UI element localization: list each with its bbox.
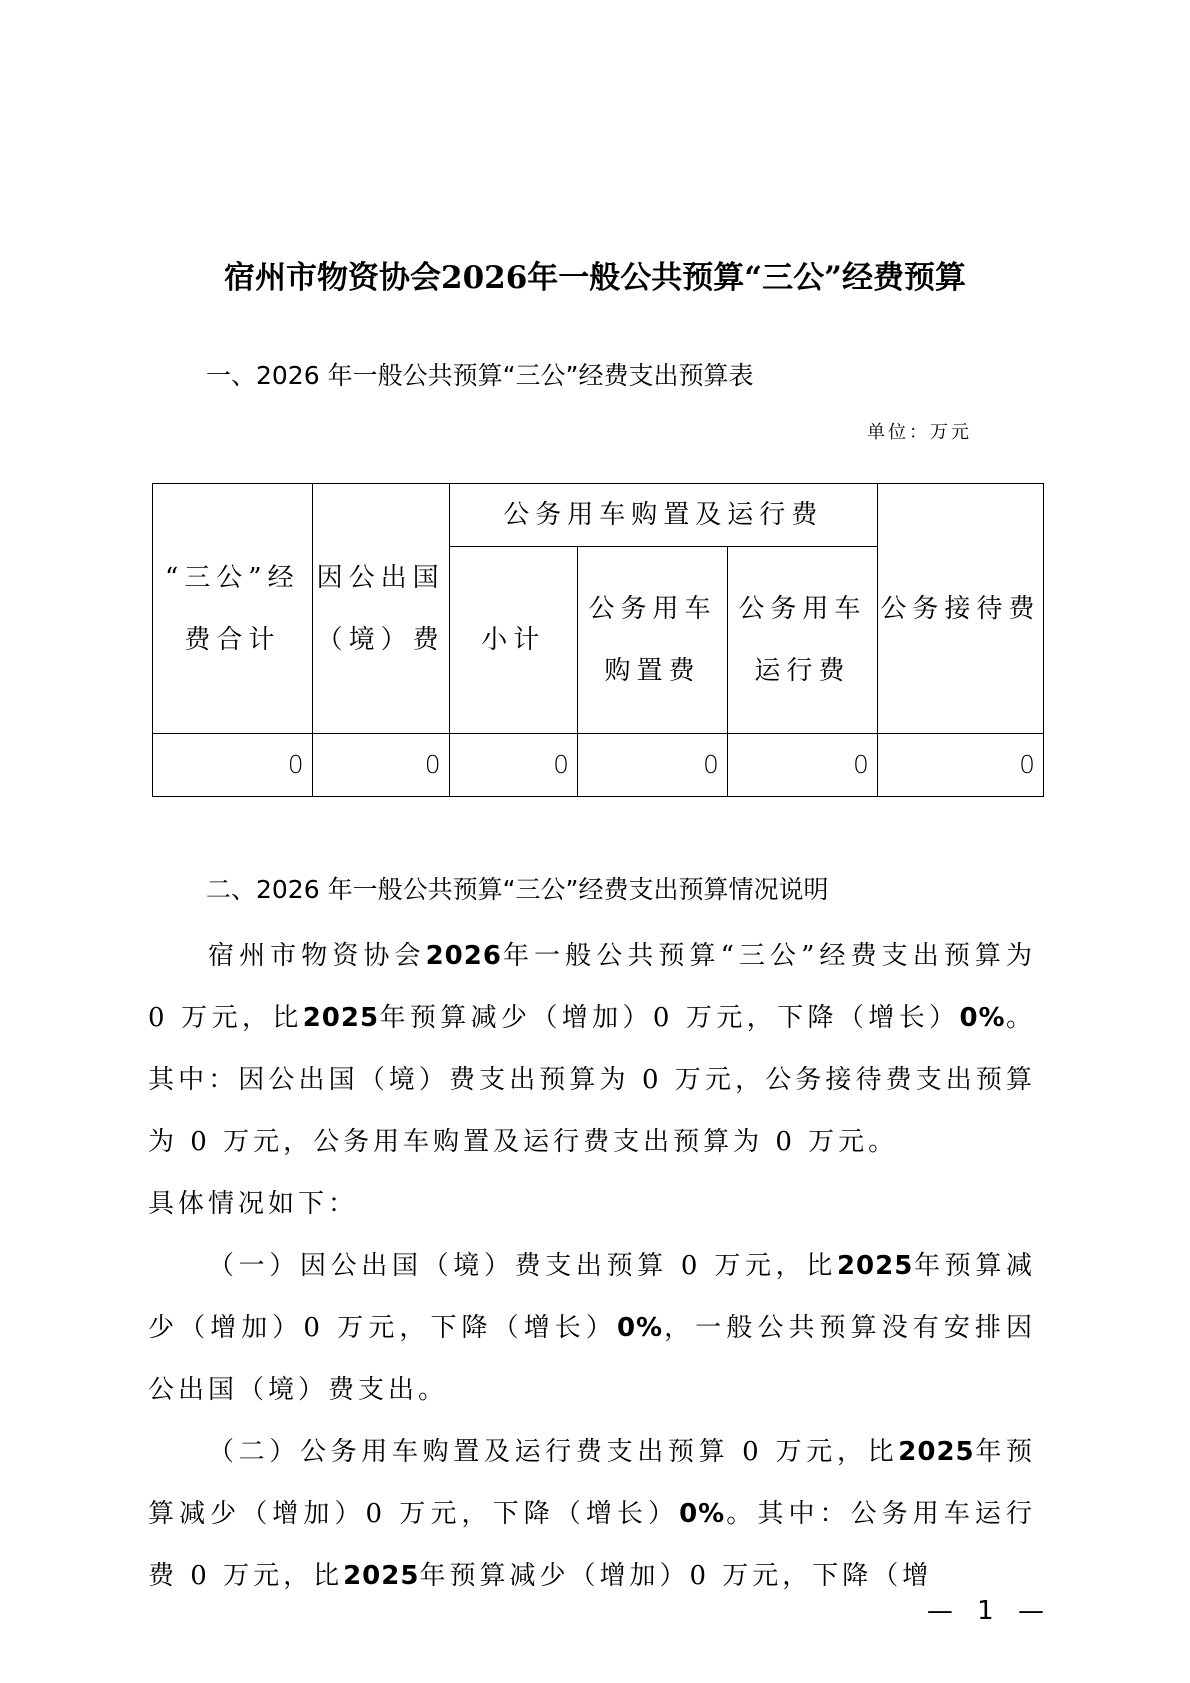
paragraph-abroad: （一）因公出国（境）费支出预算 0 万元，比2025年预算减少（增加）0 万元，… xyxy=(148,1235,1036,1421)
header-total: “三公”经费合计 xyxy=(153,484,313,734)
value-abroad: 0 xyxy=(312,734,449,797)
unit-label: 单位：万元 xyxy=(867,418,972,444)
page-number: — 1 — xyxy=(927,1596,1052,1626)
header-vehicle-operation: 公务用车运行费 xyxy=(727,547,877,734)
header-vehicle-group: 公务用车购置及运行费 xyxy=(449,484,877,547)
explanation-body: 宿州市物资协会2026年一般公共预算“三公”经费支出预算为 0 万元，比2025… xyxy=(148,925,1036,1607)
header-reception: 公务接待费 xyxy=(877,484,1043,734)
value-total: 0 xyxy=(153,734,313,797)
value-vehicle-operation: 0 xyxy=(727,734,877,797)
value-vehicle-subtotal: 0 xyxy=(449,734,577,797)
table-header-row-1: “三公”经费合计 因公出国（境）费 公务用车购置及运行费 公务接待费 xyxy=(153,484,1044,547)
section1-heading: 一、2026 年一般公共预算“三公”经费支出预算表 xyxy=(206,356,753,392)
three-public-expenses-table: “三公”经费合计 因公出国（境）费 公务用车购置及运行费 公务接待费 小计 公务… xyxy=(152,483,1044,797)
header-vehicle-purchase: 公务用车购置费 xyxy=(577,547,727,734)
paragraph-summary: 宿州市物资协会2026年一般公共预算“三公”经费支出预算为 0 万元，比2025… xyxy=(148,925,1036,1173)
paragraph-vehicle: （二）公务用车购置及运行费支出预算 0 万元，比2025年预算减少（增加）0 万… xyxy=(148,1421,1036,1607)
table-row: 0 0 0 0 0 0 xyxy=(153,734,1044,797)
header-vehicle-subtotal: 小计 xyxy=(449,547,577,734)
section2-heading: 二、2026 年一般公共预算“三公”经费支出预算情况说明 xyxy=(206,870,828,906)
header-abroad: 因公出国（境）费 xyxy=(312,484,449,734)
document-title: 宿州市物资协会2026年一般公共预算“三公”经费预算 xyxy=(0,252,1190,297)
value-reception: 0 xyxy=(877,734,1043,797)
paragraph-details-intro: 具体情况如下： xyxy=(148,1173,1036,1235)
value-vehicle-purchase: 0 xyxy=(577,734,727,797)
